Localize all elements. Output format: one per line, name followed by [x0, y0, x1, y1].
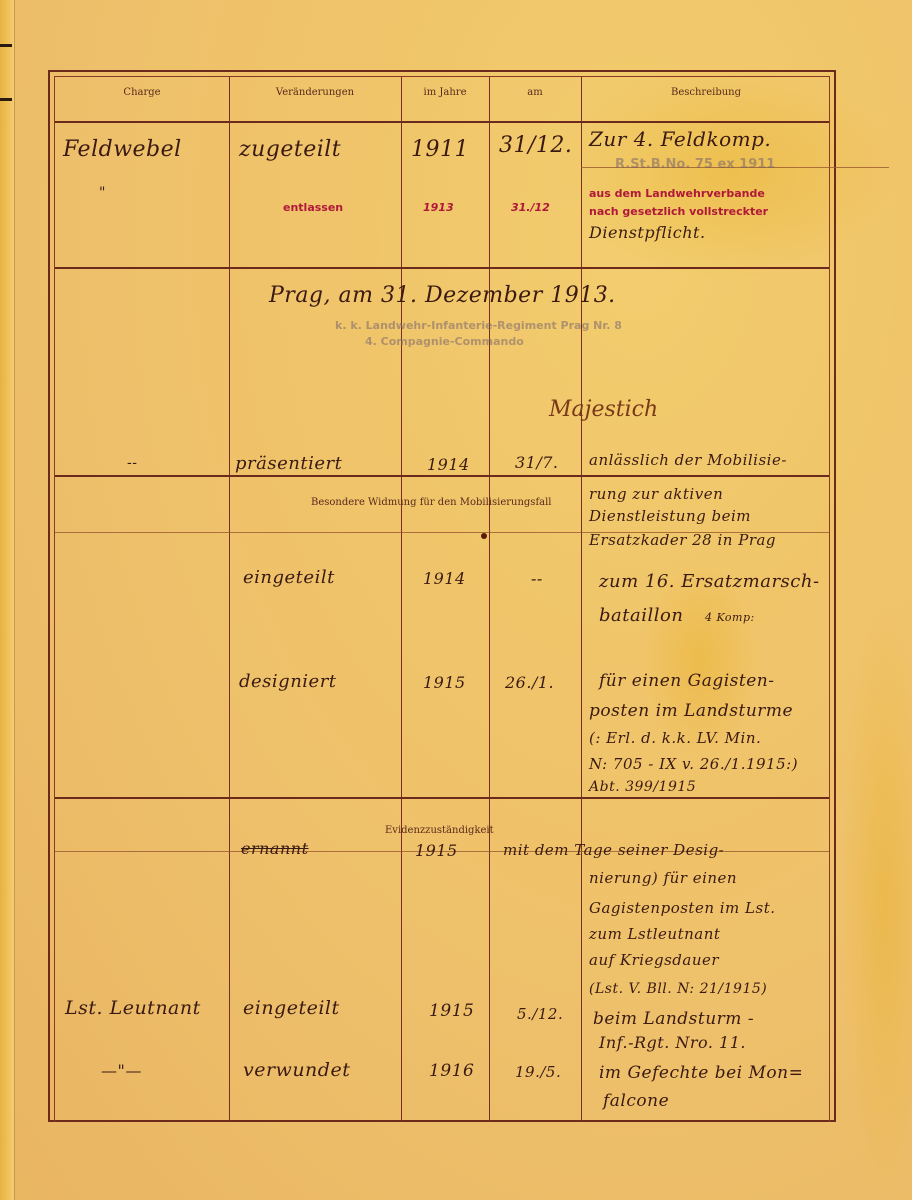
entry-date: 31/7.	[515, 453, 559, 472]
entry-description: Inf.-Rgt. Nro. 11.	[599, 1033, 746, 1052]
entry-description: N: 705 - IX v. 26./1.1915:)	[589, 755, 798, 773]
column-rule	[401, 77, 402, 1122]
entry-description-note: 4 Komp:	[705, 611, 755, 624]
entry-change: verwundet	[243, 1059, 350, 1081]
entry-description: nierung) für einen	[589, 869, 737, 887]
ink-blot	[481, 533, 487, 539]
entry-year: 1915	[423, 673, 466, 692]
entry-description: posten im Landsturme	[589, 701, 793, 721]
entry-description: für einen Gagisten-	[599, 671, 774, 691]
entry-change: präsentiert	[235, 453, 342, 474]
unit-stamp-line1: k. k. Landwehr-Infanterie-Regiment Prag …	[335, 319, 622, 332]
header-changes: Veränderungen	[229, 87, 401, 98]
commander-signature: Majestich	[549, 397, 658, 422]
entry-change-stamp: entlassen	[283, 201, 343, 214]
header-charge: Charge	[55, 87, 229, 98]
entry-description: beim Landsturm -	[593, 1009, 754, 1029]
entry-description-stamp: nach gesetzlich vollstreckter	[589, 205, 768, 218]
entry-charge: --	[127, 455, 137, 471]
entry-description: auf Kriegsdauer	[589, 951, 719, 969]
entry-description: Ersatzkader 28 in Prag	[589, 531, 776, 549]
entry-description: rung zur aktiven	[589, 485, 723, 503]
row-rule	[55, 475, 829, 477]
entry-change: designiert	[239, 671, 337, 692]
entry-description: falcone	[603, 1091, 669, 1111]
entry-charge-ditto: —"—	[101, 1061, 142, 1080]
entry-charge-ditto: "	[99, 185, 106, 201]
entry-date: 5./12.	[517, 1005, 563, 1023]
header-date: am	[489, 87, 581, 98]
water-stain	[840, 600, 912, 1200]
place-date: Prag, am 31. Dezember 1913.	[269, 283, 616, 308]
entry-year: 1914	[427, 455, 470, 474]
entry-charge: Lst. Leutnant	[65, 997, 201, 1019]
entry-date: 26./1.	[505, 673, 554, 692]
column-rule	[229, 77, 230, 1122]
unit-stamp-line2: 4. Compagnie-Commando	[365, 335, 524, 348]
entry-year: 1916	[429, 1061, 474, 1081]
edge-mark	[0, 98, 12, 101]
entry-description: zum 16. Ersatzmarsch-	[599, 571, 820, 592]
section-title-evidence: Evidenzzuständigkeit	[385, 825, 494, 836]
entry-date: 31/12.	[499, 133, 572, 158]
table-inner-frame: Charge Veränderungen im Jahre am Beschre…	[54, 76, 830, 1122]
entry-description: zum Lstleutnant	[589, 925, 720, 943]
entry-year: 1915	[415, 841, 458, 860]
row-rule	[55, 797, 829, 799]
entry-charge: Feldwebel	[63, 137, 182, 162]
section-title-mobilization: Besondere Widmung für den Mobilisierungs…	[311, 497, 552, 508]
header-description: Beschreibung	[581, 87, 831, 98]
entry-year: 1911	[411, 137, 469, 162]
entry-change: eingeteilt	[243, 567, 335, 588]
entry-description: (: Erl. d. k.k. LV. Min.	[589, 729, 761, 747]
entry-date-stamp: 31./12	[511, 201, 550, 214]
entry-year: 1915	[429, 1001, 474, 1021]
column-rule	[489, 77, 490, 1122]
registry-stamp: R.St.B.No. 75 ex 1911	[615, 157, 775, 172]
entry-change: eingeteilt	[243, 997, 340, 1019]
record-table: Charge Veränderungen im Jahre am Beschre…	[48, 70, 836, 1122]
entry-date: 19./5.	[515, 1063, 561, 1081]
entry-date: --	[531, 569, 543, 588]
header-rule	[55, 121, 829, 123]
row-rule	[55, 267, 829, 269]
column-rule	[581, 77, 582, 1122]
entry-description-hand: Dienstpflicht.	[589, 223, 706, 242]
edge-mark	[0, 44, 12, 47]
entry-description: Dienstleistung beim	[589, 507, 751, 525]
entry-description: anlässlich der Mobilisie-	[589, 451, 787, 469]
binding-edge	[0, 0, 15, 1200]
entry-year: 1914	[423, 569, 466, 588]
entry-description: mit dem Tage seiner Desig-	[503, 841, 724, 859]
entry-year-stamp: 1913	[423, 201, 454, 214]
entry-change: zugeteilt	[239, 137, 341, 162]
entry-description-stamp: aus dem Landwehrverbande	[589, 187, 765, 200]
entry-description: im Gefechte bei Mon=	[599, 1063, 803, 1083]
entry-description: Abt. 399/1915	[589, 779, 696, 795]
entry-description: bataillon	[599, 605, 683, 626]
entry-description: (Lst. V. Bll. N: 21/1915)	[589, 981, 767, 997]
entry-change: ernannt	[241, 839, 309, 858]
entry-description: Gagistenposten im Lst.	[589, 899, 776, 917]
header-year: im Jahre	[401, 87, 489, 98]
entry-description: Zur 4. Feldkomp.	[589, 127, 771, 151]
